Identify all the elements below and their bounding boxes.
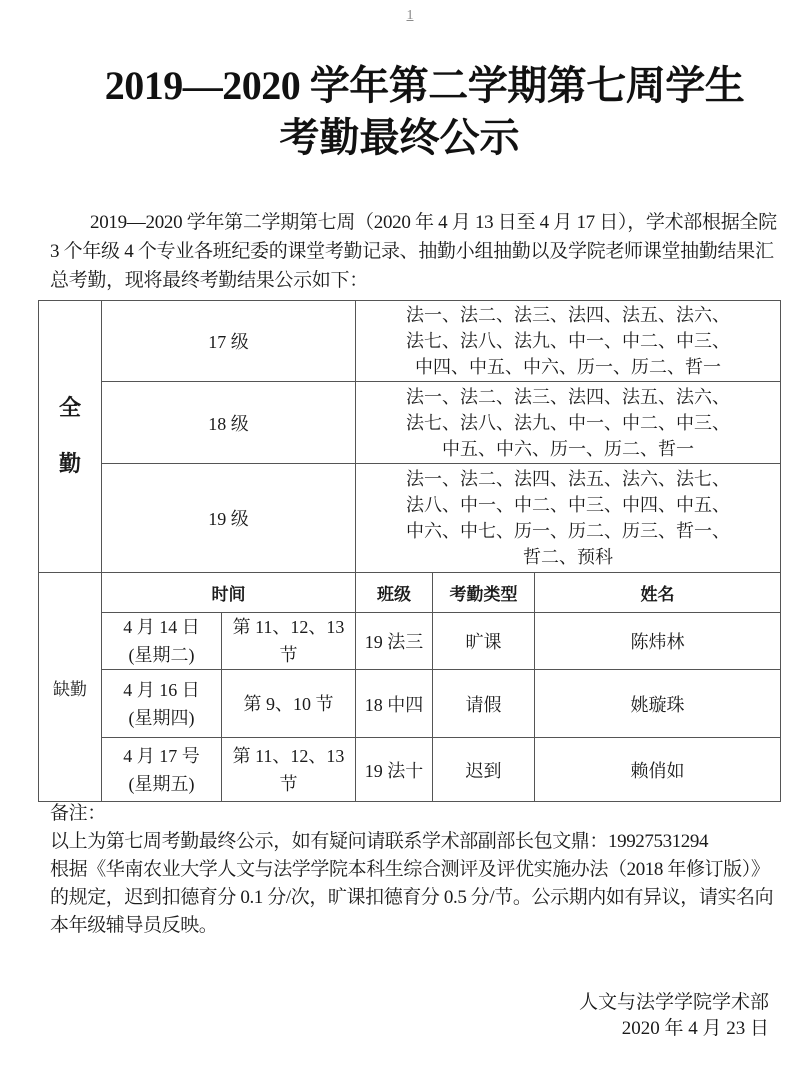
name-cell: 姚璇珠 [535, 670, 781, 738]
grade-cell: 19 级 [102, 464, 356, 573]
date-cell: 4 月 14 日 (星期二) [102, 613, 222, 670]
notes-contact: 以上为第七周考勤最终公示，如有疑问请联系学术部副部长包文鼎：1992753129… [50, 828, 780, 856]
signature-date: 2020 年 4 月 23 日 [579, 1016, 769, 1042]
period-text: 第 11、12、13 [222, 613, 355, 641]
weekday-text: (星期五) [102, 770, 221, 798]
class-list-line: 法一、法二、法三、法四、法五、法六、 [366, 384, 770, 410]
period-text-cont: 节 [222, 770, 355, 798]
page-title-line1: 2019—2020 学年第二学期第七周学生 [0, 60, 799, 112]
header-name: 姓名 [535, 573, 781, 613]
date-text: 4 月 16 日 [102, 676, 221, 704]
intro-paragraph: 2019—2020 学年第二学期第七周（2020 年 4 月 13 日至 4 月… [50, 208, 780, 295]
weekday-text: (星期二) [102, 641, 221, 669]
class-list-line: 法一、法二、法四、法五、法六、法七、 [366, 466, 770, 492]
full-attendance-row: 全 勤 17 级 法一、法二、法三、法四、法五、法六、 法七、法八、法九、中一、… [39, 301, 781, 382]
full-attendance-row: 19 级 法一、法二、法四、法五、法六、法七、 法八、中一、中二、中三、中四、中… [39, 464, 781, 573]
class-list-line: 法七、法八、法九、中一、中二、中三、 [366, 328, 770, 354]
period-text-cont: 节 [222, 641, 355, 669]
class-list-line: 法七、法八、法九、中一、中二、中三、 [366, 410, 770, 436]
header-time: 时间 [102, 573, 356, 613]
class-list-cell: 法一、法二、法三、法四、法五、法六、 法七、法八、法九、中一、中二、中三、 中五… [356, 382, 781, 464]
type-cell: 请假 [433, 670, 535, 738]
header-class: 班级 [356, 573, 433, 613]
class-list-line: 法八、中一、中二、中三、中四、中五、 [366, 492, 770, 518]
class-list-line: 中四、中五、中六、历一、历二、哲一 [366, 354, 770, 380]
absence-header-row: 缺勤 时间 班级 考勤类型 姓名 [39, 573, 781, 613]
weekday-text: (星期四) [102, 704, 221, 732]
period-text: 第 9、10 节 [222, 690, 355, 718]
period-cell: 第 11、12、13 节 [222, 738, 356, 802]
type-cell: 迟到 [433, 738, 535, 802]
period-cell: 第 9、10 节 [222, 670, 356, 738]
notes-rules: 根据《华南农业大学人文与法学学院本科生综合测评及评优实施办法（2018 年修订版… [50, 856, 780, 940]
signature-block: 人文与法学学院学术部 2020 年 4 月 23 日 [579, 990, 769, 1042]
date-text: 4 月 17 号 [102, 742, 221, 770]
name-cell: 赖俏如 [535, 738, 781, 802]
absence-row: 4 月 14 日 (星期二) 第 11、12、13 节 19 法三 旷课 陈炜林 [39, 613, 781, 670]
class-list-line: 法一、法二、法三、法四、法五、法六、 [366, 302, 770, 328]
signature-org: 人文与法学学院学术部 [579, 990, 769, 1016]
name-cell: 陈炜林 [535, 613, 781, 670]
notes-heading: 备注： [50, 800, 780, 828]
class-list-cell: 法一、法二、法三、法四、法五、法六、 法七、法八、法九、中一、中二、中三、 中四… [356, 301, 781, 382]
class-list-cell: 法一、法二、法四、法五、法六、法七、 法八、中一、中二、中三、中四、中五、 中六… [356, 464, 781, 573]
date-cell: 4 月 16 日 (星期四) [102, 670, 222, 738]
date-text: 4 月 14 日 [102, 613, 221, 641]
absence-row: 4 月 16 日 (星期四) 第 9、10 节 18 中四 请假 姚璇珠 [39, 670, 781, 738]
grade-cell: 17 级 [102, 301, 356, 382]
full-attendance-row: 18 级 法一、法二、法三、法四、法五、法六、 法七、法八、法九、中一、中二、中… [39, 382, 781, 464]
class-cell: 19 法十 [356, 738, 433, 802]
date-cell: 4 月 17 号 (星期五) [102, 738, 222, 802]
class-list-line: 中五、中六、历一、历二、哲一 [366, 436, 770, 462]
page-title-line2: 考勤最终公示 [0, 112, 799, 164]
page-number: 1 [404, 8, 416, 24]
attendance-table: 全 勤 17 级 法一、法二、法三、法四、法五、法六、 法七、法八、法九、中一、… [38, 300, 781, 802]
absence-label: 缺勤 [39, 573, 102, 802]
class-cell: 18 中四 [356, 670, 433, 738]
notes-section: 备注： 以上为第七周考勤最终公示，如有疑问请联系学术部副部长包文鼎：199275… [50, 800, 780, 940]
full-attendance-label: 全 勤 [39, 301, 102, 573]
header-type: 考勤类型 [433, 573, 535, 613]
class-cell: 19 法三 [356, 613, 433, 670]
full-attendance-label-char1: 全 [39, 381, 101, 437]
grade-cell: 18 级 [102, 382, 356, 464]
class-list-line: 中六、中七、历一、历二、历三、哲一、 [366, 518, 770, 544]
period-text: 第 11、12、13 [222, 742, 355, 770]
absence-row: 4 月 17 号 (星期五) 第 11、12、13 节 19 法十 迟到 赖俏如 [39, 738, 781, 802]
period-cell: 第 11、12、13 节 [222, 613, 356, 670]
full-attendance-label-char2: 勤 [39, 437, 101, 493]
class-list-line: 哲二、预科 [366, 544, 770, 570]
type-cell: 旷课 [433, 613, 535, 670]
